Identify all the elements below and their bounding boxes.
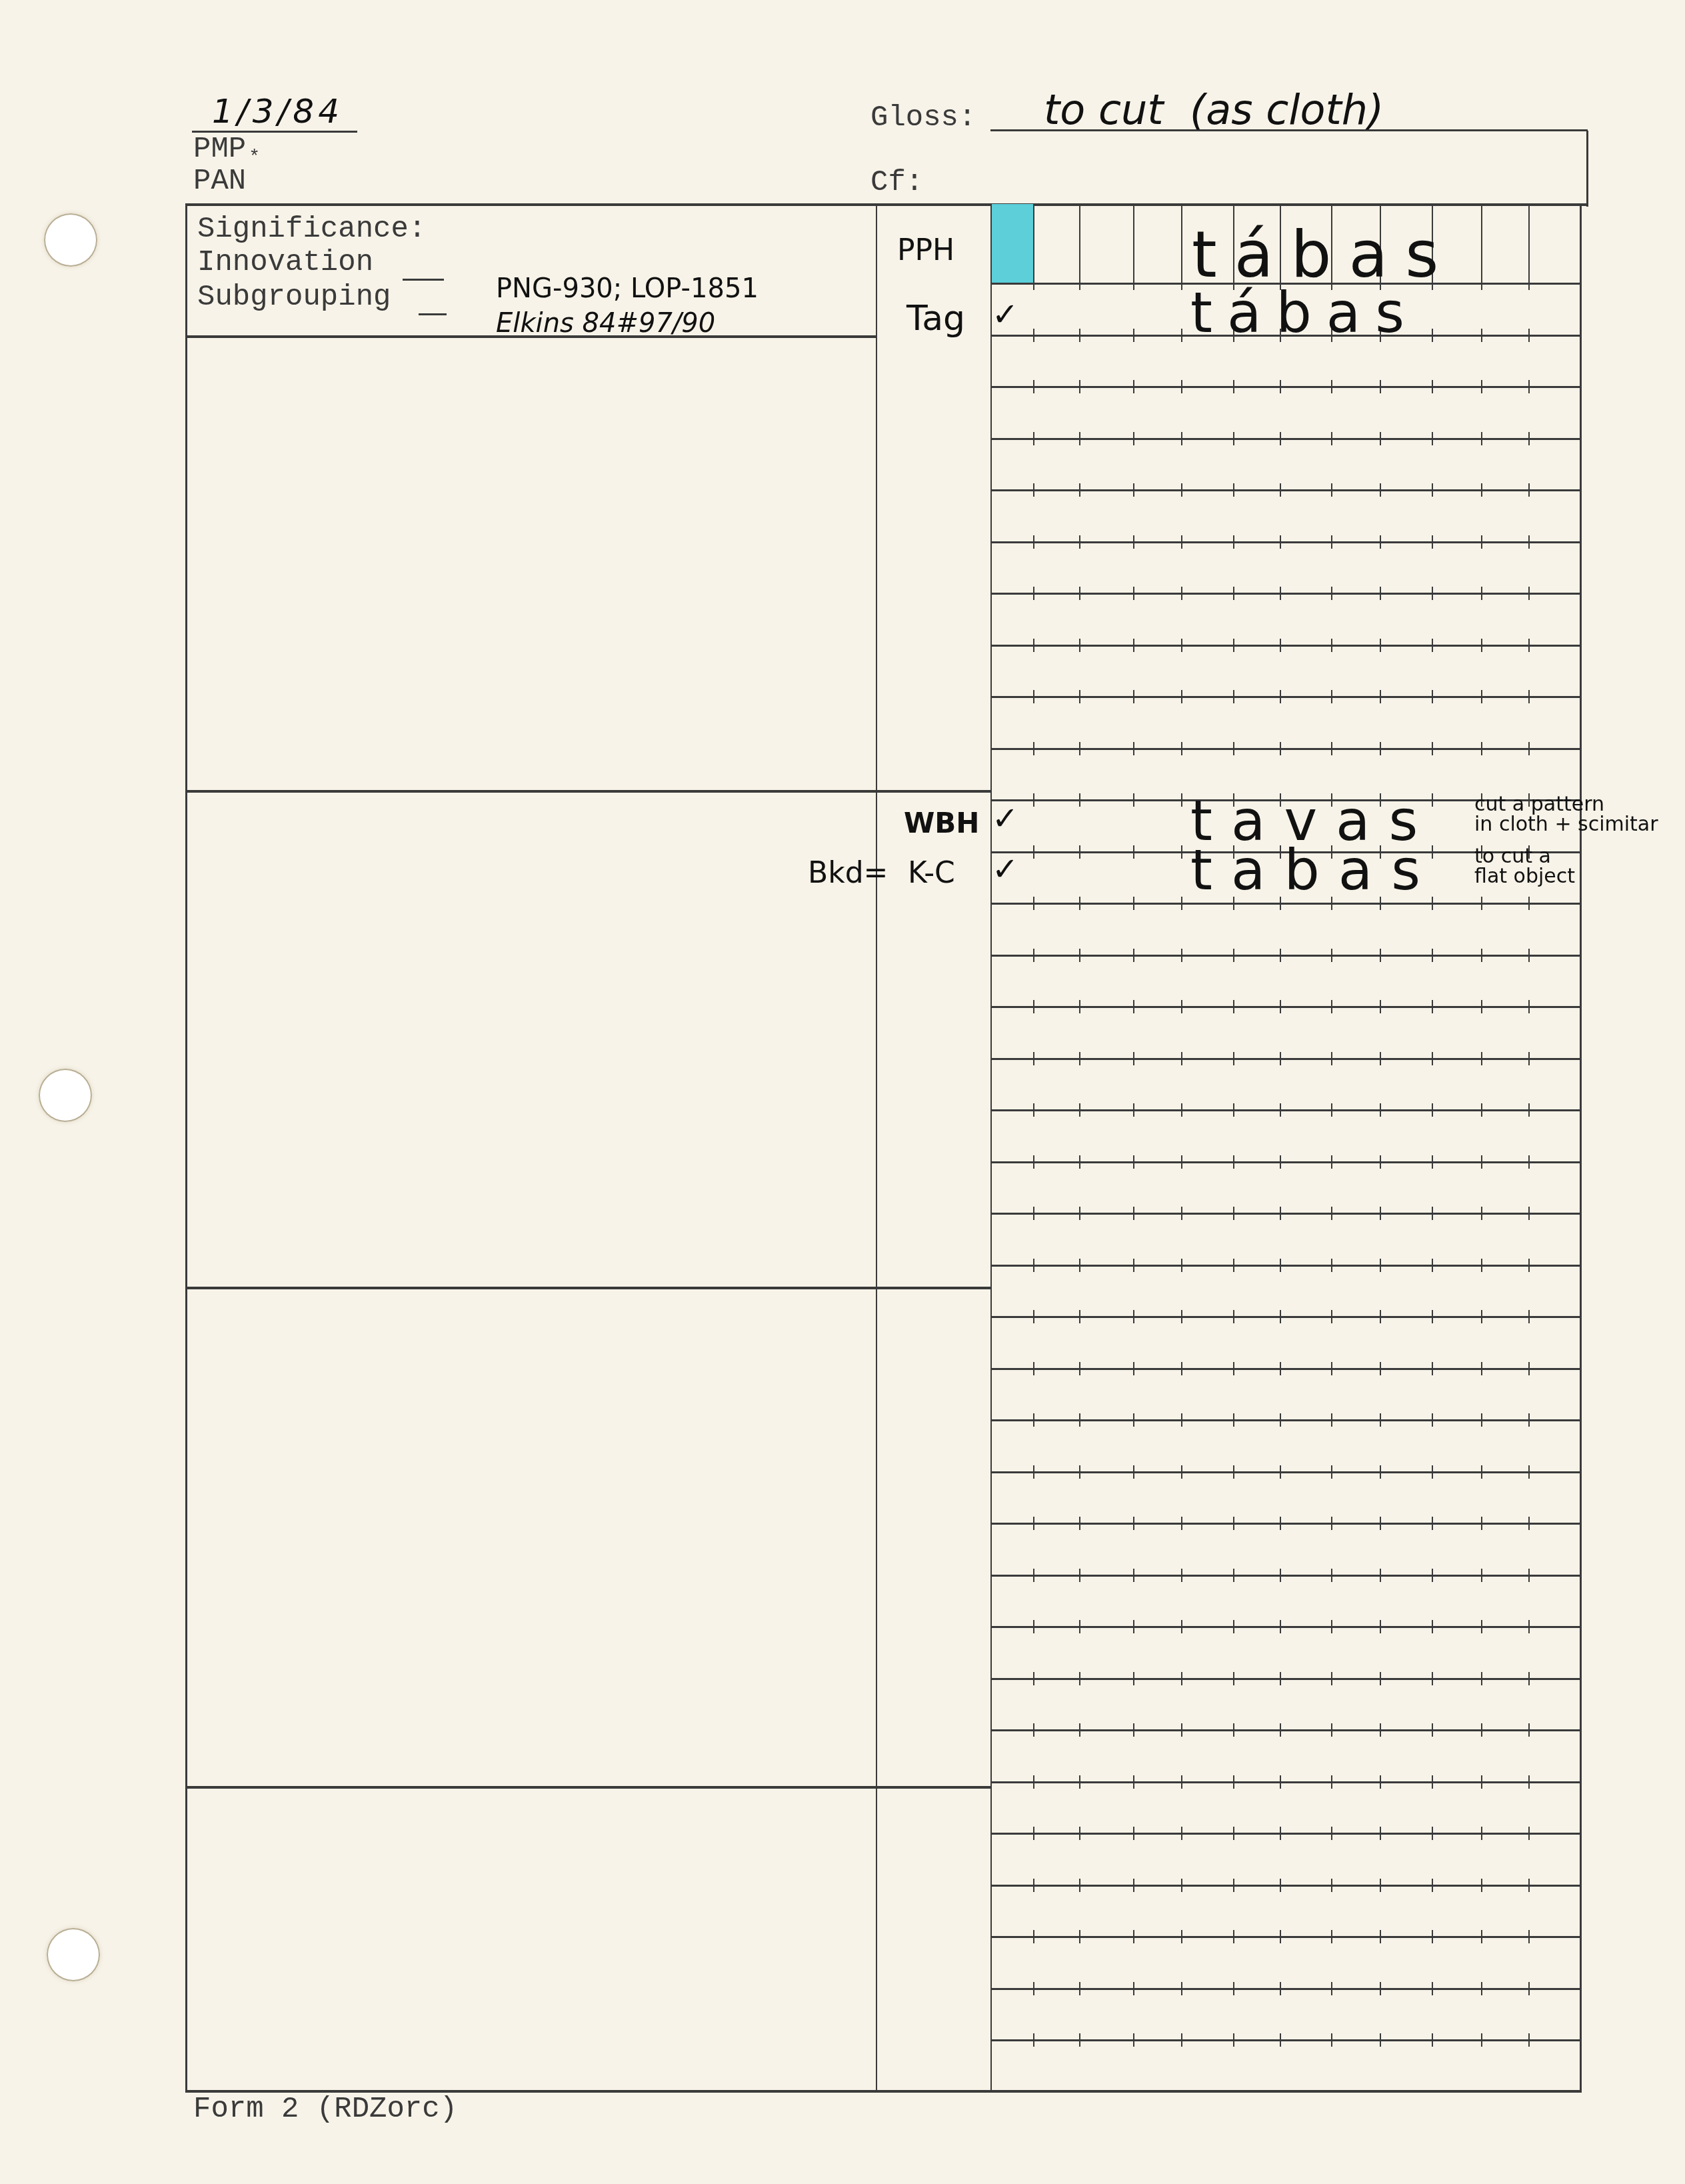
grid-tick — [1481, 949, 1482, 962]
grid-tick — [1181, 1517, 1182, 1530]
grid-tick — [1280, 1569, 1281, 1582]
grid-tick — [1528, 1723, 1530, 1737]
grid-tick — [1331, 1672, 1332, 1685]
grid-tick — [1133, 483, 1134, 497]
grid-tick — [1528, 277, 1530, 290]
grid-tick — [1181, 1207, 1182, 1220]
grid-tick — [1079, 1362, 1080, 1375]
grid-tick — [1380, 1155, 1381, 1169]
grid-tick — [1432, 1362, 1433, 1375]
note-line: cut a pattern — [1474, 795, 1658, 815]
grid-tick — [1133, 1569, 1134, 1582]
grid-tick — [1481, 587, 1482, 600]
grid-tick — [1380, 587, 1381, 600]
grid-tick — [1033, 1723, 1034, 1737]
grid-tick — [1331, 1620, 1332, 1633]
grid-tick — [1181, 1103, 1182, 1117]
grid-tick — [1181, 380, 1182, 393]
grid-tick — [1233, 535, 1234, 549]
grid-tick — [1380, 1000, 1381, 1013]
grid-tick — [1133, 380, 1134, 393]
entry-label-wbh: WBH — [904, 807, 980, 839]
grid-tick — [1528, 1620, 1530, 1633]
frame-right — [1580, 203, 1582, 2093]
grid-tick — [1432, 1517, 1433, 1530]
grid-tick — [1079, 1672, 1080, 1685]
grid-tick — [1133, 1930, 1134, 1943]
grid-tick — [1280, 432, 1281, 445]
grid-tick — [1280, 2033, 1281, 2047]
grid-tick — [1280, 1413, 1281, 1427]
grid-tick — [1280, 1155, 1281, 1169]
grid-tick — [1481, 1000, 1482, 1013]
grid-tick — [1432, 1620, 1433, 1633]
grid-tick — [1181, 432, 1182, 445]
grid-tick — [1181, 1827, 1182, 1840]
grid-tick — [1181, 1259, 1182, 1272]
grid-tick — [1280, 690, 1281, 703]
grid-tick — [1481, 277, 1482, 290]
gloss-box-right-edge — [1586, 131, 1588, 207]
grid-tick — [1331, 1723, 1332, 1737]
grid-tick — [1380, 742, 1381, 755]
grid-tick — [1528, 1517, 1530, 1530]
grid-tick — [1380, 1672, 1381, 1685]
grid-tick — [1033, 1569, 1034, 1582]
entry-form-tag: tábas — [1190, 280, 1419, 345]
grid-tick — [1079, 1103, 1080, 1117]
grid-tick — [1481, 2033, 1482, 2047]
grid-tick — [1528, 897, 1530, 910]
grid-tick — [1331, 1362, 1332, 1375]
grid-tick — [1079, 432, 1080, 445]
grid-tick — [1380, 690, 1381, 703]
grid-tick — [1181, 1310, 1182, 1323]
grid-tick — [1432, 1052, 1433, 1065]
grid-tick — [1331, 1259, 1332, 1272]
grid-tick — [1331, 1465, 1332, 1479]
grid-tick — [1079, 793, 1080, 807]
header-column-line — [1528, 204, 1530, 283]
grid-tick — [1233, 949, 1234, 962]
grid-tick — [1181, 690, 1182, 703]
grid-tick — [1233, 1620, 1234, 1633]
grid-tick — [1181, 1672, 1182, 1685]
grid-tick — [1033, 329, 1034, 342]
significance-bottom — [185, 335, 876, 338]
grid-tick — [1233, 1827, 1234, 1840]
frame-top — [185, 203, 1588, 206]
grid-tick — [1481, 1362, 1482, 1375]
grid-tick — [1033, 1310, 1034, 1323]
grid-tick — [1528, 1103, 1530, 1117]
grid-tick — [1528, 742, 1530, 755]
pmp-text: PMP — [193, 133, 246, 166]
grid-tick — [1380, 1879, 1381, 1892]
grid-tick — [1181, 1723, 1182, 1737]
grid-tick — [1528, 1052, 1530, 1065]
grid-tick — [1033, 1207, 1034, 1220]
grid-tick — [1233, 1362, 1234, 1375]
column-divider — [876, 203, 877, 2091]
grid-tick — [1380, 1310, 1381, 1323]
grid-tick — [1481, 1879, 1482, 1892]
grid-tick — [1331, 535, 1332, 549]
grid-tick — [1133, 742, 1134, 755]
grid-tick — [1181, 949, 1182, 962]
grid-tick — [1033, 587, 1034, 600]
grid-tick — [1481, 1052, 1482, 1065]
grid-tick — [1331, 639, 1332, 652]
grid-tick — [1481, 1569, 1482, 1582]
grid-tick — [1033, 1000, 1034, 1013]
grid-tick — [1280, 1207, 1281, 1220]
grid-tick — [1079, 380, 1080, 393]
grid-tick — [1079, 897, 1080, 910]
grid-tick — [1233, 587, 1234, 600]
grid-tick — [1280, 949, 1281, 962]
entry-check-wbh: ✓ — [992, 800, 1018, 837]
grid-tick — [1079, 845, 1080, 859]
grid-tick — [1133, 1620, 1134, 1633]
grid-tick — [1033, 1827, 1034, 1840]
grid-tick — [1528, 329, 1530, 342]
grid-tick — [1079, 1775, 1080, 1789]
grid-tick — [1133, 1310, 1134, 1323]
grid-tick — [1528, 1775, 1530, 1789]
grid-tick — [1280, 742, 1281, 755]
grid-tick — [1181, 742, 1182, 755]
grid-tick — [1380, 483, 1381, 497]
grid-tick — [1380, 1517, 1381, 1530]
grid-tick — [1033, 742, 1034, 755]
grid-tick — [1432, 1207, 1433, 1220]
grid-tick — [1181, 897, 1182, 910]
grid-tick — [1481, 1155, 1482, 1169]
date: 1/3/84 — [212, 92, 343, 131]
grid-tick — [1432, 949, 1433, 962]
grid-tick — [1331, 1052, 1332, 1065]
ref-1: PNG-930; LOP-1851 — [496, 273, 759, 304]
grid-tick — [1280, 1879, 1281, 1892]
grid-tick — [1432, 1982, 1433, 1995]
grid-tick — [1331, 2033, 1332, 2047]
grid-tick — [1133, 1207, 1134, 1220]
grid-tick — [1079, 1000, 1080, 1013]
grid-tick — [1528, 1155, 1530, 1169]
grid-tick — [1280, 535, 1281, 549]
note-line: in cloth + scimitar — [1474, 815, 1658, 835]
grid-tick — [1432, 483, 1433, 497]
grid-tick — [1233, 1000, 1234, 1013]
grid-tick — [1432, 742, 1433, 755]
grid-tick — [1181, 1362, 1182, 1375]
grid-tick — [1133, 277, 1134, 290]
grid-tick — [1033, 277, 1034, 290]
grid-tick — [1033, 1930, 1034, 1943]
grid-tick — [1133, 1775, 1134, 1789]
grid-tick — [1033, 483, 1034, 497]
grid-tick — [1233, 1517, 1234, 1530]
grid-tick — [1133, 329, 1134, 342]
gloss-value: to cut (as cloth) — [1044, 85, 1384, 134]
grid-tick — [1079, 1723, 1080, 1737]
grid-tick — [1033, 1620, 1034, 1633]
grid-tick — [1233, 690, 1234, 703]
innovation-blank — [403, 279, 444, 281]
header-column-line — [1033, 204, 1034, 283]
grid-tick — [1181, 1569, 1182, 1582]
grid-tick — [1528, 1827, 1530, 1840]
grid-tick — [1280, 380, 1281, 393]
grid-tick — [1079, 1569, 1080, 1582]
grid-tick — [1233, 1723, 1234, 1737]
header-column-line — [1481, 204, 1482, 283]
grid-tick — [1432, 690, 1433, 703]
pmp-label: PMP* — [193, 135, 260, 167]
grid-tick — [1481, 1827, 1482, 1840]
grid-tick — [1380, 1827, 1381, 1840]
grid-tick — [1380, 1775, 1381, 1789]
form-footer: Form 2 (RDZorc) — [193, 2095, 457, 2124]
grid-tick — [1331, 1827, 1332, 1840]
grid-tick — [1079, 1465, 1080, 1479]
grid-tick — [1233, 380, 1234, 393]
grid-tick — [1133, 2033, 1134, 2047]
grid-tick — [1432, 587, 1433, 600]
entry-label-kc: K-C — [908, 856, 955, 890]
grid-tick — [1331, 587, 1332, 600]
grid-tick — [1133, 1259, 1134, 1272]
grid-tick — [1133, 897, 1134, 910]
section-divider-2 — [185, 1287, 990, 1289]
grid-tick — [1528, 535, 1530, 549]
grid-tick — [1280, 1310, 1281, 1323]
entry-prefix-bkd: Bkd= — [808, 856, 888, 890]
grid-tick — [1181, 587, 1182, 600]
grid-tick — [1133, 1465, 1134, 1479]
grid-tick — [1331, 1310, 1332, 1323]
grid-tick — [1331, 1517, 1332, 1530]
grid-tick — [1233, 1569, 1234, 1582]
grid-tick — [1233, 1879, 1234, 1892]
grid-tick — [1033, 845, 1034, 859]
grid-tick — [1380, 1620, 1381, 1633]
grid-tick — [1079, 949, 1080, 962]
grid-tick — [1233, 1775, 1234, 1789]
grid-tick — [1481, 1310, 1482, 1323]
grid-tick — [1432, 432, 1433, 445]
grid-tick — [1481, 742, 1482, 755]
grid-tick — [1079, 1413, 1080, 1427]
binder-hole-bottom — [47, 1928, 100, 1981]
grid-tick — [1133, 1362, 1134, 1375]
grid-tick — [1528, 690, 1530, 703]
grid-tick — [1380, 432, 1381, 445]
grid-tick — [1280, 1362, 1281, 1375]
grid-tick — [1481, 535, 1482, 549]
grid-tick — [1481, 1930, 1482, 1943]
grid-tick — [1233, 432, 1234, 445]
grid-tick — [1033, 1052, 1034, 1065]
grid-tick — [1033, 639, 1034, 652]
grid-tick — [1481, 380, 1482, 393]
grid-tick — [1331, 380, 1332, 393]
grid-tick — [1233, 1672, 1234, 1685]
grid-tick — [1133, 1827, 1134, 1840]
grid-tick — [1432, 1310, 1433, 1323]
subgrouping-label: Subgrouping — [197, 283, 391, 312]
grid-tick — [1079, 277, 1080, 290]
grid-tick — [1331, 1569, 1332, 1582]
grid-tick — [1233, 2033, 1234, 2047]
grid-tick — [1181, 483, 1182, 497]
grid-tick — [1181, 1413, 1182, 1427]
grid-tick — [1432, 329, 1433, 342]
grid-tick — [1528, 1672, 1530, 1685]
grid-tick — [1181, 2033, 1182, 2047]
grid-tick — [1432, 1879, 1433, 1892]
grid-tick — [1079, 639, 1080, 652]
grid-tick — [1079, 1827, 1080, 1840]
grid-tick — [1133, 1103, 1134, 1117]
grid-tick — [1133, 1672, 1134, 1685]
grid-tick — [1380, 1413, 1381, 1427]
grid-tick — [1181, 845, 1182, 859]
grid-tick — [1233, 1982, 1234, 1995]
grid-tick — [1380, 949, 1381, 962]
grid-tick — [1481, 1259, 1482, 1272]
grid-tick — [1528, 639, 1530, 652]
grid-tick — [1331, 1879, 1332, 1892]
grid-tick — [1133, 639, 1134, 652]
grid-tick — [1280, 1982, 1281, 1995]
grid-tick — [1033, 949, 1034, 962]
grid-tick — [1432, 1672, 1433, 1685]
note-line: flat object — [1474, 867, 1575, 887]
grid-tick — [1280, 483, 1281, 497]
grid-tick — [1079, 535, 1080, 549]
entry-note-wbh: cut a pattern in cloth + scimitar — [1474, 795, 1658, 835]
grid-tick — [1181, 793, 1182, 807]
grid-tick — [1528, 2033, 1530, 2047]
grid-tick — [1233, 639, 1234, 652]
grid-tick — [1033, 1103, 1034, 1117]
grid-tick — [1033, 1879, 1034, 1892]
grid-tick — [1033, 535, 1034, 549]
grid-tick — [1432, 1103, 1433, 1117]
grid-tick — [1280, 1000, 1281, 1013]
grid-tick — [1481, 690, 1482, 703]
header-column-line — [1181, 204, 1182, 283]
note-line: to cut a — [1474, 847, 1575, 867]
grid-tick — [1079, 483, 1080, 497]
grid-tick — [1280, 1620, 1281, 1633]
grid-tick — [1432, 1155, 1433, 1169]
grid-tick — [1528, 1465, 1530, 1479]
grid-tick — [1033, 1362, 1034, 1375]
entry-check-tag: ✓ — [992, 296, 1018, 333]
significance-title: Significance: — [197, 215, 426, 244]
grid-tick — [1033, 793, 1034, 807]
grid-tick — [1331, 1775, 1332, 1789]
grid-tick — [1331, 1207, 1332, 1220]
grid-tick — [1079, 1982, 1080, 1995]
highlight-cell — [992, 204, 1033, 283]
grid-tick — [1079, 587, 1080, 600]
grid-tick — [1481, 1672, 1482, 1685]
grid-tick — [1033, 1775, 1034, 1789]
cf-label: Cf: — [870, 168, 923, 197]
grid-tick — [1233, 1310, 1234, 1323]
grid-tick — [1033, 380, 1034, 393]
grid-tick — [1380, 1259, 1381, 1272]
grid-tick — [1079, 2033, 1080, 2047]
grid-tick — [1432, 639, 1433, 652]
frame-left — [185, 203, 187, 2093]
grid-tick — [1528, 1982, 1530, 1995]
grid-tick — [1233, 1052, 1234, 1065]
grid-tick — [1133, 1413, 1134, 1427]
grid-tick — [1133, 1000, 1134, 1013]
grid-tick — [1181, 1155, 1182, 1169]
grid-tick — [1331, 690, 1332, 703]
grid-tick — [1133, 1723, 1134, 1737]
grid-tick — [1331, 949, 1332, 962]
grid-tick — [1331, 1930, 1332, 1943]
grid-tick — [1133, 793, 1134, 807]
grid-tick — [1079, 1155, 1080, 1169]
grid-tick — [1380, 535, 1381, 549]
grid-tick — [1481, 1207, 1482, 1220]
grid-left-edge — [990, 203, 992, 2091]
grid-tick — [1432, 1723, 1433, 1737]
grid-tick — [1432, 1259, 1433, 1272]
grid-tick — [1380, 1569, 1381, 1582]
grid-tick — [1233, 1413, 1234, 1427]
grid-tick — [1133, 1879, 1134, 1892]
grid-tick — [1233, 1103, 1234, 1117]
pan-label: PAN — [193, 167, 246, 196]
grid-tick — [1380, 380, 1381, 393]
grid-tick — [1033, 1982, 1034, 1995]
grid-tick — [1233, 1930, 1234, 1943]
entry-label-tag: Tag — [906, 299, 965, 339]
grid-tick — [1181, 277, 1182, 290]
grid-tick — [1033, 1259, 1034, 1272]
grid-tick — [1133, 949, 1134, 962]
grid-tick — [1033, 1465, 1034, 1479]
grid-tick — [1079, 1052, 1080, 1065]
grid-tick — [1528, 1569, 1530, 1582]
grid-tick — [1181, 1620, 1182, 1633]
grid-tick — [1181, 1930, 1182, 1943]
entry-form-kc: tabas — [1190, 837, 1439, 903]
grid-tick — [1380, 1982, 1381, 1995]
grid-tick — [1528, 1259, 1530, 1272]
grid-tick — [1432, 1775, 1433, 1789]
grid-tick — [1233, 742, 1234, 755]
gloss-label: Gloss: — [870, 103, 976, 133]
grid-tick — [1432, 1569, 1433, 1582]
grid-tick — [1133, 587, 1134, 600]
grid-tick — [1280, 1723, 1281, 1737]
ref-2: Elkins 84#97/90 — [496, 308, 715, 339]
grid-tick — [1033, 2033, 1034, 2047]
grid-tick — [1079, 690, 1080, 703]
grid-tick — [1033, 1413, 1034, 1427]
grid-tick — [1033, 432, 1034, 445]
